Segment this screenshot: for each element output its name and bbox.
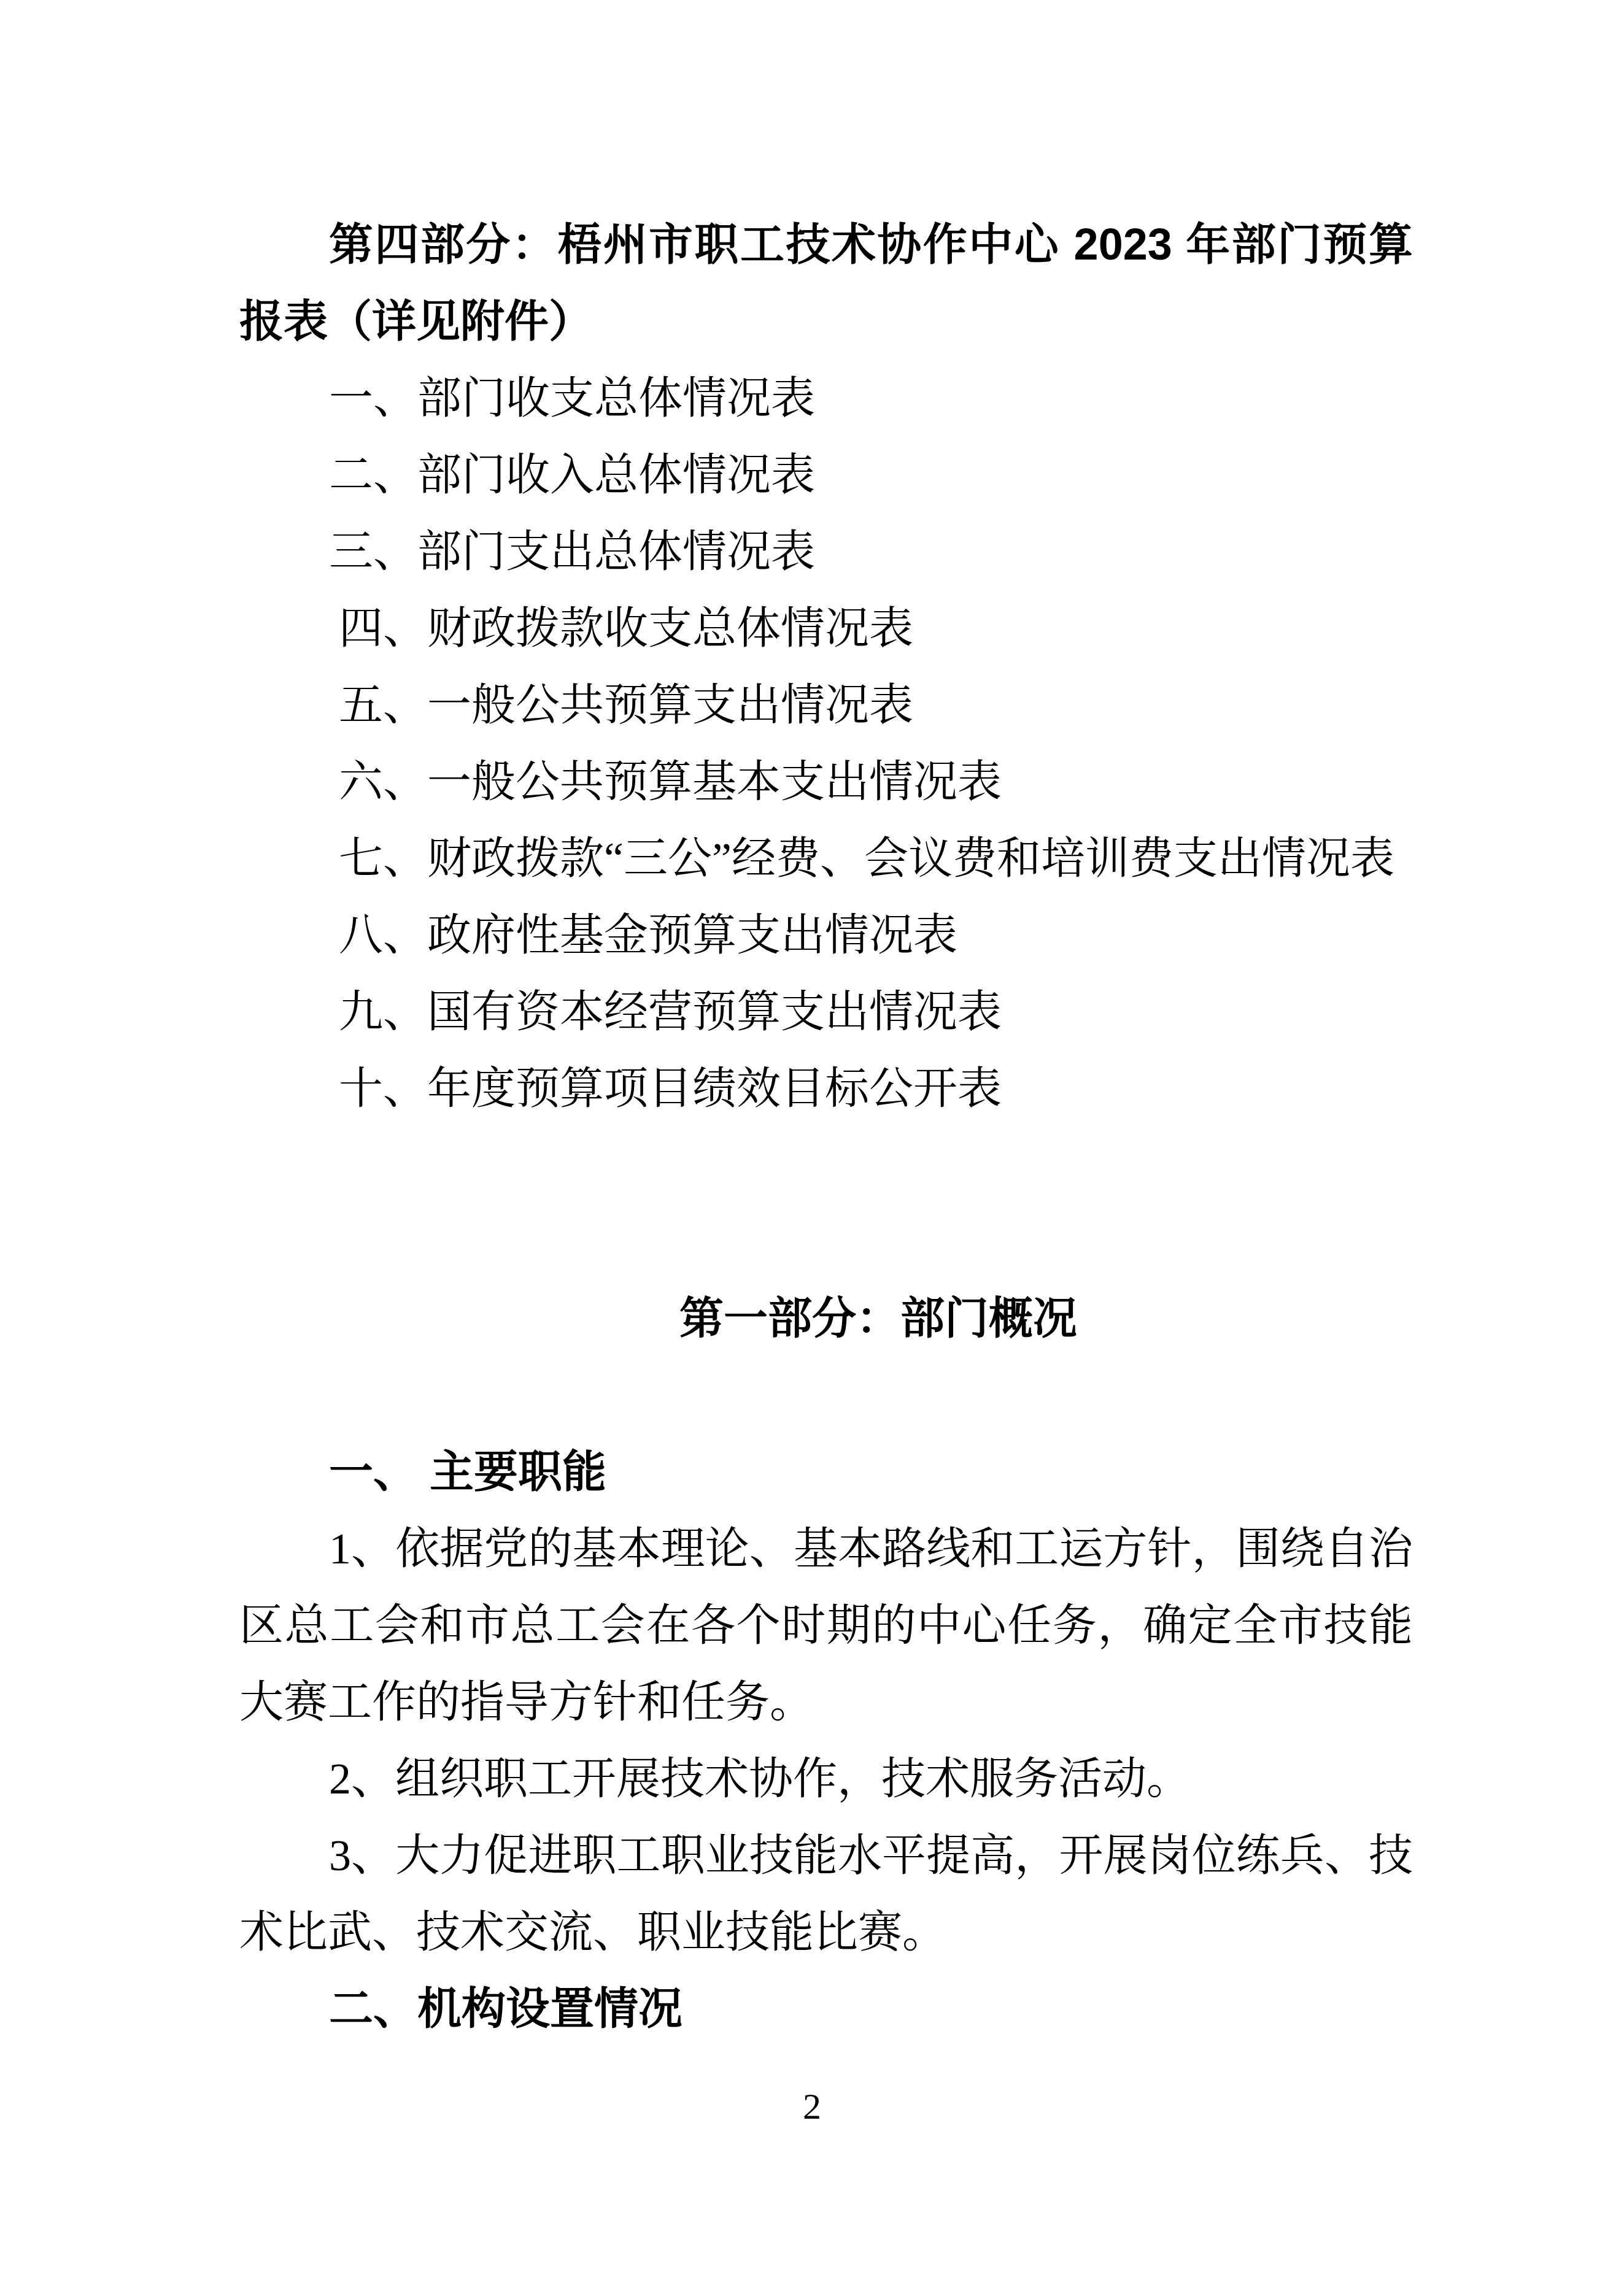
subsection-heading-line: 一、 主要职能 <box>239 1434 1413 1511</box>
subsection-heading-main-functions: 一、 主要职能 <box>239 1434 1413 1511</box>
toc-item: 六、一般公共预算基本支出情况表 <box>239 744 1413 820</box>
toc-item: 十、年度预算项目绩效目标公开表 <box>239 1050 1413 1127</box>
toc-item: 五、一般公共预算支出情况表 <box>239 667 1413 744</box>
paragraph-line: 2、组织职工开展技术协作，技术服务活动。 <box>239 1741 1413 1817</box>
document-title-line: 第四部分：梧州市职工技术协作中心 2023 年部门预算 <box>239 207 1413 283</box>
paragraph-line: 3、大力促进职工职业技能水平提高，开展岗位练兵、技 <box>239 1817 1413 1894</box>
toc-item: 三、部门支出总体情况表 <box>239 514 1413 590</box>
paragraph-2: 2、组织职工开展技术协作，技术服务活动。 <box>239 1741 1413 1817</box>
toc-item: 八、政府性基金预算支出情况表 <box>239 897 1413 974</box>
section-heading: 第一部分：部门概况 <box>239 1281 1413 1357</box>
page-number: 2 <box>0 2085 1624 2128</box>
document-title: 第四部分：梧州市职工技术协作中心 2023 年部门预算报表（详见附件） <box>239 207 1413 360</box>
toc-list: 一、部门收支总体情况表二、部门收入总体情况表三、部门支出总体情况表四、财政拨款收… <box>239 360 1413 1127</box>
toc-item: 七、财政拨款“三公”经费、会议费和培训费支出情况表 <box>239 820 1413 897</box>
subsection-heading-organization: 二、机构设置情况 <box>239 1971 1413 2048</box>
paragraph-line: 术比武、技术交流、职业技能比赛。 <box>239 1894 1413 1971</box>
toc-item: 四、财政拨款收支总体情况表 <box>239 590 1413 667</box>
paragraph-3: 3、大力促进职工职业技能水平提高，开展岗位练兵、技术比武、技术交流、职业技能比赛… <box>239 1817 1413 1971</box>
document-title-line: 报表（详见附件） <box>239 283 1413 360</box>
document-page: 第四部分：梧州市职工技术协作中心 2023 年部门预算报表（详见附件） 一、部门… <box>0 0 1624 2296</box>
subsection-heading-line: 二、机构设置情况 <box>239 1971 1413 2048</box>
paragraph-1: 1、依据党的基本理论、基本路线和工运方针，围绕自治区总工会和市总工会在各个时期的… <box>239 1511 1413 1741</box>
paragraph-line: 区总工会和市总工会在各个时期的中心任务，确定全市技能 <box>239 1587 1413 1664</box>
toc-item: 一、部门收支总体情况表 <box>239 360 1413 437</box>
blank-lines <box>239 1127 1413 1281</box>
paragraph-line: 大赛工作的指导方针和任务。 <box>239 1664 1413 1741</box>
toc-item: 九、国有资本经营预算支出情况表 <box>239 974 1413 1050</box>
document-content: 第四部分：梧州市职工技术协作中心 2023 年部门预算报表（详见附件） 一、部门… <box>239 0 1413 2048</box>
blank-line <box>239 1357 1413 1434</box>
paragraph-line: 1、依据党的基本理论、基本路线和工运方针，围绕自治 <box>239 1511 1413 1587</box>
toc-item: 二、部门收入总体情况表 <box>239 437 1413 514</box>
